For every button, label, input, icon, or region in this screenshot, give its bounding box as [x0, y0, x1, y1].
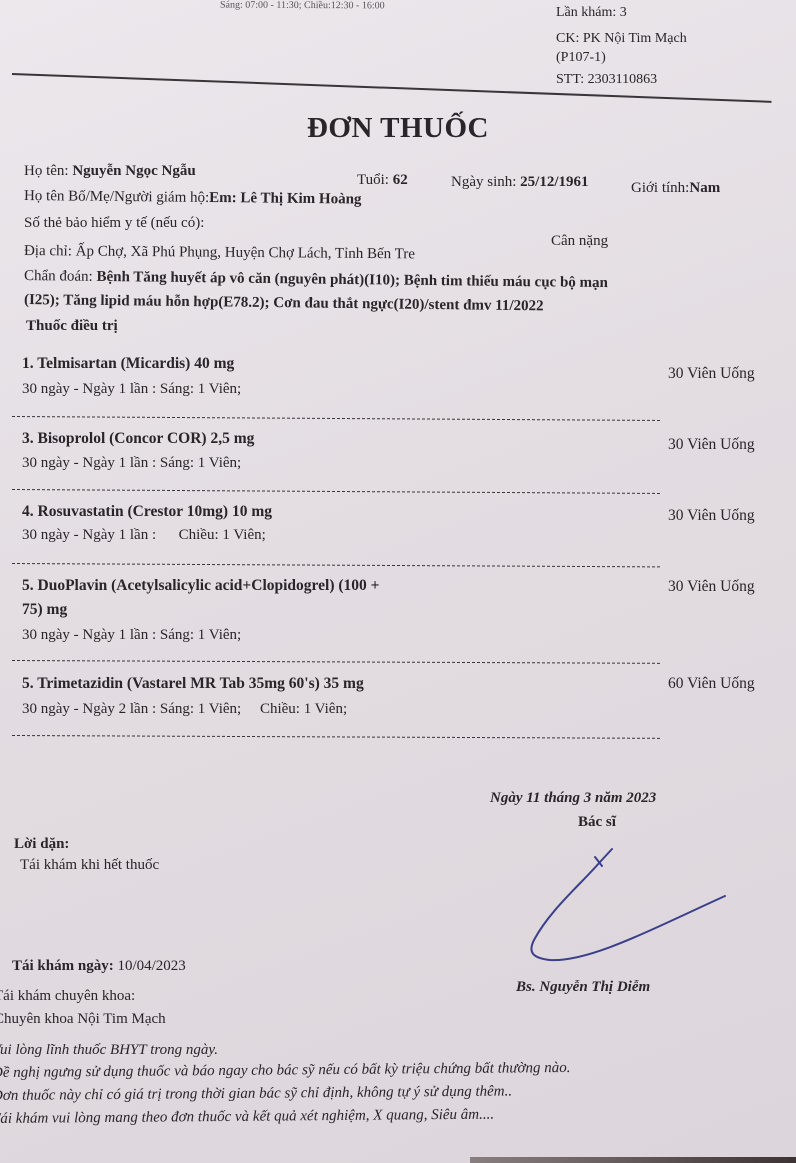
age-label: Tuổi: — [357, 172, 393, 188]
prescription-date: Ngày 11 tháng 3 năm 2023 — [490, 790, 656, 807]
medication-name: 3. Bisoprolol (Concor COR) 2,5 mg — [22, 430, 254, 448]
guardian-name: Em: Lê Thị Kim Hoàng — [209, 190, 361, 208]
paper-edge — [470, 1157, 796, 1163]
medication-quantity: 60 Viên Uống — [668, 675, 755, 693]
guardian-label: Họ tên Bố/Mẹ/Người giám hộ: — [24, 188, 209, 206]
followup-date-row: Tái khám ngày: 10/04/2023 — [12, 958, 186, 975]
patient-gender-row: Giới tính:Nam — [631, 180, 720, 197]
room: (P107-1) — [556, 49, 606, 67]
medication-name: 5. DuoPlavin (Acetylsalicylic acid+Clopi… — [22, 577, 380, 595]
diagnosis-line-2: (I25); Tăng lipid máu hỗn hợp(E78.2); Cơ… — [24, 292, 544, 315]
doctor-role: Bác sĩ — [578, 814, 616, 831]
patient-gender: Nam — [689, 180, 720, 196]
medication-quantity: 30 Viên Uống — [668, 436, 755, 454]
patient-age: 62 — [393, 172, 408, 188]
divider — [12, 660, 660, 664]
medication-dosage: 30 ngày - Ngày 1 lần : Sáng: 1 Viên; — [22, 455, 241, 472]
note-line: Vui lòng lĩnh thuốc BHYT trong ngày. — [0, 1042, 218, 1059]
medication-name: 4. Rosuvastatin (Crestor 10mg) 10 mg — [22, 503, 272, 521]
patient-dob-row: Ngày sinh: 25/12/1961 — [451, 174, 589, 191]
guardian-row: Họ tên Bố/Mẹ/Người giám hộ:Em: Lê Thị Ki… — [24, 188, 362, 209]
divider — [12, 563, 660, 567]
patient-name-row: Họ tên: Nguyễn Ngọc Ngẫu — [24, 163, 196, 180]
ticket-number: STT: 2303110863 — [556, 71, 657, 89]
gender-label: Giới tính: — [631, 180, 689, 196]
diagnosis-line-1: Bệnh Tăng huyết áp vô căn (nguyên phát)(… — [96, 269, 608, 291]
medication-quantity: 30 Viên Uống — [668, 365, 755, 383]
divider — [12, 489, 660, 494]
diagnosis-label: Chẩn đoán: — [24, 268, 97, 285]
medication-name-continued: 75) mg — [22, 601, 67, 619]
medication-dosage: 30 ngày - Ngày 1 lần : Sáng: 1 Viên; — [22, 627, 241, 644]
patient-address: Địa chỉ: Ấp Chợ, Xã Phú Phụng, Huyện Chợ… — [24, 243, 415, 263]
advice-text: Tái khám khi hết thuốc — [20, 857, 159, 874]
divider — [12, 416, 660, 421]
signature-icon — [520, 840, 760, 970]
medication-dosage: 30 ngày - Ngày 1 lần : Chiều: 1 Viên; — [22, 527, 266, 544]
weight-label: Cân nặng — [551, 233, 608, 250]
clinic-hours: Sáng: 07:00 - 11:30; Chiều:12:30 - 16:00 — [220, 0, 385, 11]
patient-name-label: Họ tên: — [24, 163, 72, 179]
visit-count: Lần khám: 3 — [556, 4, 627, 22]
note-line: Tái khám vui lòng mang theo đơn thuốc và… — [0, 1107, 494, 1128]
followup-date: 10/04/2023 — [117, 958, 185, 974]
medication-name: 1. Telmisartan (Micardis) 40 mg — [22, 355, 234, 373]
patient-name: Nguyễn Ngọc Ngẫu — [72, 163, 195, 179]
department: CK: PK Nội Tim Mạch — [556, 30, 687, 48]
doctor-name: Bs. Nguyễn Thị Diễm — [516, 979, 650, 996]
insurance-label: Số thẻ bảo hiểm y tế (nếu có): — [24, 215, 204, 232]
divider — [12, 735, 660, 739]
note-line: Đề nghị ngưng sử dụng thuốc và báo ngay … — [0, 1060, 571, 1082]
note-line: Đơn thuốc này chỉ có giá trị trong thời … — [0, 1083, 512, 1105]
medication-dosage: 30 ngày - Ngày 1 lần : Sáng: 1 Viên; — [22, 381, 241, 398]
patient-age-row: Tuổi: 62 — [357, 172, 408, 189]
medication-quantity: 30 Viên Uống — [668, 578, 755, 596]
header-divider — [12, 73, 772, 103]
medication-dosage: 30 ngày - Ngày 2 lần : Sáng: 1 Viên; Chi… — [22, 701, 347, 718]
dob-label: Ngày sinh: — [451, 174, 520, 190]
medication-name: 5. Trimetazidin (Vastarel MR Tab 35mg 60… — [22, 675, 364, 693]
followup-specialty-label: Tái khám chuyên khoa: — [0, 988, 135, 1005]
followup-date-label: Tái khám ngày: — [12, 958, 117, 974]
medications-heading: Thuốc điều trị — [26, 318, 118, 335]
advice-label: Lời dặn: — [14, 836, 69, 853]
diagnosis-row: Chẩn đoán: Bệnh Tăng huyết áp vô căn (ng… — [24, 268, 608, 292]
followup-specialty: Chuyên khoa Nội Tim Mạch — [0, 1011, 166, 1028]
page-title: ĐƠN THUỐC — [0, 112, 796, 145]
patient-dob: 25/12/1961 — [520, 174, 588, 190]
medication-quantity: 30 Viên Uống — [668, 507, 755, 525]
